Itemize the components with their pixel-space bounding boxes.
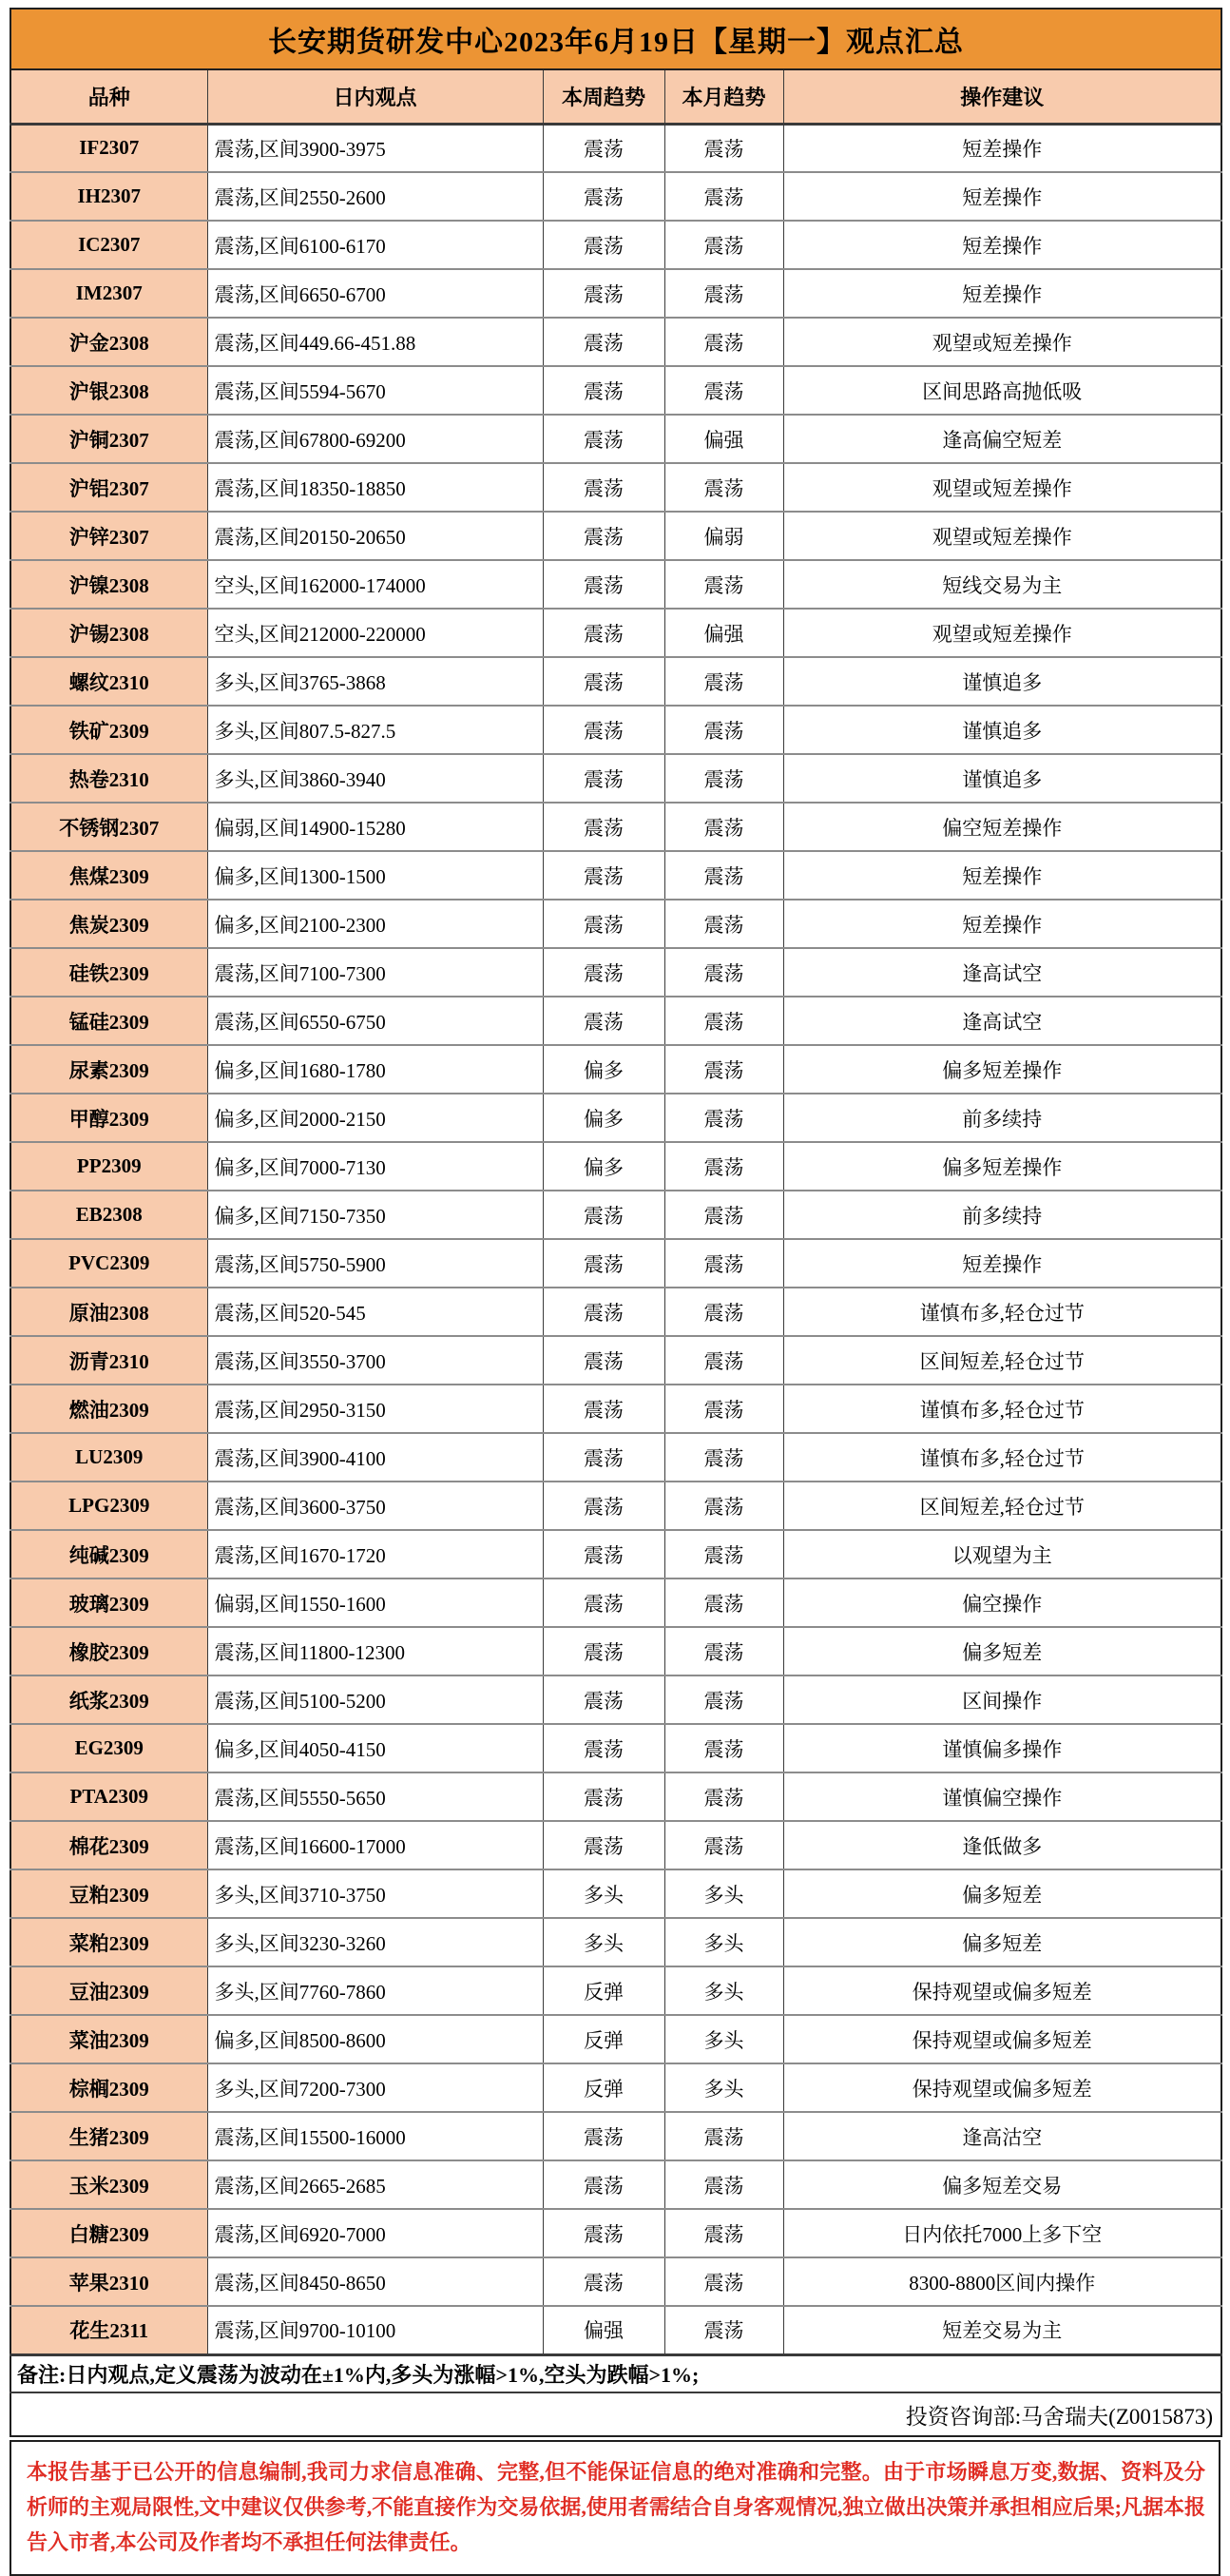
variety-cell: 菜粕2309 bbox=[10, 1918, 207, 1966]
week-trend-cell: 多头 bbox=[543, 1869, 664, 1918]
intraday-view-cell: 震荡,区间5594-5670 bbox=[207, 366, 543, 415]
table-row: 白糖2309 震荡,区间6920-7000 震荡 震荡 日内依托7000上多下空 bbox=[10, 2209, 1221, 2257]
advice-cell: 观望或短差操作 bbox=[783, 609, 1221, 657]
table-row: PTA2309 震荡,区间5550-5650 震荡 震荡 谨慎偏空操作 bbox=[10, 1772, 1221, 1821]
remark-row: 备注:日内观点,定义震荡为波动在±1%内,多头为涨幅>1%,空头为跌幅>1%; bbox=[10, 2354, 1221, 2392]
intraday-view-cell: 空头,区间212000-220000 bbox=[207, 609, 543, 657]
intraday-view-cell: 偏多,区间1680-1780 bbox=[207, 1045, 543, 1094]
advice-cell: 保持观望或偏多短差 bbox=[783, 1966, 1221, 2015]
advice-cell: 短差操作 bbox=[783, 900, 1221, 948]
advice-cell: 区间短差,轻仓过节 bbox=[783, 1482, 1221, 1530]
table-row: LPG2309 震荡,区间3600-3750 震荡 震荡 区间短差,轻仓过节 bbox=[10, 1482, 1221, 1530]
week-trend-cell: 震荡 bbox=[543, 1530, 664, 1579]
advice-cell: 偏多短差 bbox=[783, 1627, 1221, 1675]
week-trend-cell: 震荡 bbox=[543, 221, 664, 269]
advice-cell: 观望或短差操作 bbox=[783, 463, 1221, 512]
week-trend-cell: 震荡 bbox=[543, 124, 664, 172]
intraday-view-cell: 震荡,区间2950-3150 bbox=[207, 1385, 543, 1433]
advice-cell: 短差操作 bbox=[783, 221, 1221, 269]
variety-cell: 豆油2309 bbox=[10, 1966, 207, 2015]
week-trend-cell: 偏多 bbox=[543, 1045, 664, 1094]
week-trend-cell: 震荡 bbox=[543, 463, 664, 512]
week-trend-cell: 震荡 bbox=[543, 997, 664, 1045]
week-trend-cell: 震荡 bbox=[543, 269, 664, 318]
variety-cell: 焦炭2309 bbox=[10, 900, 207, 948]
variety-cell: 甲醇2309 bbox=[10, 1094, 207, 1142]
variety-cell: 沪银2308 bbox=[10, 366, 207, 415]
month-trend-cell: 震荡 bbox=[664, 1142, 783, 1191]
variety-cell: 沪铝2307 bbox=[10, 463, 207, 512]
advice-cell: 谨慎布多,轻仓过节 bbox=[783, 1385, 1221, 1433]
intraday-view-cell: 震荡,区间20150-20650 bbox=[207, 512, 543, 560]
intraday-view-cell: 多头,区间7200-7300 bbox=[207, 2063, 543, 2112]
intraday-view-cell: 震荡,区间520-545 bbox=[207, 1288, 543, 1336]
month-trend-cell: 震荡 bbox=[664, 366, 783, 415]
intraday-view-cell: 偏多,区间8500-8600 bbox=[207, 2015, 543, 2063]
intraday-view-cell: 震荡,区间7100-7300 bbox=[207, 948, 543, 997]
intraday-view-cell: 震荡,区间449.66-451.88 bbox=[207, 318, 543, 366]
advice-cell: 区间操作 bbox=[783, 1675, 1221, 1724]
variety-cell: 沪铜2307 bbox=[10, 415, 207, 463]
table-row: 尿素2309 偏多,区间1680-1780 偏多 震荡 偏多短差操作 bbox=[10, 1045, 1221, 1094]
intraday-view-cell: 偏多,区间1300-1500 bbox=[207, 851, 543, 900]
variety-cell: 生猪2309 bbox=[10, 2112, 207, 2160]
advice-cell: 观望或短差操作 bbox=[783, 512, 1221, 560]
advice-cell: 短差操作 bbox=[783, 172, 1221, 221]
table-row: 菜油2309 偏多,区间8500-8600 反弹 多头 保持观望或偏多短差 bbox=[10, 2015, 1221, 2063]
intraday-view-cell: 震荡,区间3600-3750 bbox=[207, 1482, 543, 1530]
table-row: IH2307 震荡,区间2550-2600 震荡 震荡 短差操作 bbox=[10, 172, 1221, 221]
advice-cell: 偏多短差操作 bbox=[783, 1045, 1221, 1094]
table-row: 螺纹2310 多头,区间3765-3868 震荡 震荡 谨慎追多 bbox=[10, 657, 1221, 706]
intraday-view-cell: 偏弱,区间1550-1600 bbox=[207, 1579, 543, 1627]
week-trend-cell: 震荡 bbox=[543, 657, 664, 706]
intraday-view-cell: 多头,区间807.5-827.5 bbox=[207, 706, 543, 754]
month-trend-cell: 震荡 bbox=[664, 1772, 783, 1821]
variety-cell: 硅铁2309 bbox=[10, 948, 207, 997]
variety-cell: 沪镍2308 bbox=[10, 560, 207, 609]
intraday-view-cell: 偏多,区间2000-2150 bbox=[207, 1094, 543, 1142]
advice-cell: 逢高沽空 bbox=[783, 2112, 1221, 2160]
opinion-table: 长安期货研发中心2023年6月19日【星期一】观点汇总 品种 日内观点 本周趋势… bbox=[10, 8, 1222, 2437]
table-row: 豆粕2309 多头,区间3710-3750 多头 多头 偏多短差 bbox=[10, 1869, 1221, 1918]
variety-cell: 白糖2309 bbox=[10, 2209, 207, 2257]
advice-cell: 逢低做多 bbox=[783, 1821, 1221, 1869]
credit-row: 投资咨询部:马舍瑞夫(Z0015873) bbox=[10, 2392, 1221, 2436]
intraday-view-cell: 震荡,区间11800-12300 bbox=[207, 1627, 543, 1675]
table-row: 燃油2309 震荡,区间2950-3150 震荡 震荡 谨慎布多,轻仓过节 bbox=[10, 1385, 1221, 1433]
month-trend-cell: 震荡 bbox=[664, 221, 783, 269]
month-trend-cell: 震荡 bbox=[664, 2160, 783, 2209]
month-trend-cell: 震荡 bbox=[664, 1675, 783, 1724]
table-row: 热卷2310 多头,区间3860-3940 震荡 震荡 谨慎追多 bbox=[10, 754, 1221, 803]
table-row: 铁矿2309 多头,区间807.5-827.5 震荡 震荡 谨慎追多 bbox=[10, 706, 1221, 754]
month-trend-cell: 震荡 bbox=[664, 318, 783, 366]
intraday-view-cell: 多头,区间7760-7860 bbox=[207, 1966, 543, 2015]
week-trend-cell: 多头 bbox=[543, 1918, 664, 1966]
advice-cell: 谨慎偏多操作 bbox=[783, 1724, 1221, 1772]
variety-cell: LPG2309 bbox=[10, 1482, 207, 1530]
intraday-view-cell: 空头,区间162000-174000 bbox=[207, 560, 543, 609]
week-trend-cell: 震荡 bbox=[543, 754, 664, 803]
intraday-view-cell: 偏多,区间2100-2300 bbox=[207, 900, 543, 948]
intraday-view-cell: 震荡,区间3900-3975 bbox=[207, 124, 543, 172]
intraday-view-cell: 震荡,区间16600-17000 bbox=[207, 1821, 543, 1869]
intraday-view-cell: 震荡,区间67800-69200 bbox=[207, 415, 543, 463]
advice-cell: 逢高偏空短差 bbox=[783, 415, 1221, 463]
intraday-view-cell: 震荡,区间3900-4100 bbox=[207, 1433, 543, 1482]
table-row: 不锈钢2307 偏弱,区间14900-15280 震荡 震荡 偏空短差操作 bbox=[10, 803, 1221, 851]
week-trend-cell: 震荡 bbox=[543, 318, 664, 366]
intraday-view-cell: 多头,区间3860-3940 bbox=[207, 754, 543, 803]
table-row: 橡胶2309 震荡,区间11800-12300 震荡 震荡 偏多短差 bbox=[10, 1627, 1221, 1675]
intraday-view-cell: 偏多,区间7150-7350 bbox=[207, 1191, 543, 1239]
variety-cell: 铁矿2309 bbox=[10, 706, 207, 754]
week-trend-cell: 震荡 bbox=[543, 948, 664, 997]
intraday-view-cell: 震荡,区间15500-16000 bbox=[207, 2112, 543, 2160]
week-trend-cell: 震荡 bbox=[543, 1288, 664, 1336]
month-trend-cell: 震荡 bbox=[664, 657, 783, 706]
intraday-view-cell: 偏多,区间7000-7130 bbox=[207, 1142, 543, 1191]
week-trend-cell: 震荡 bbox=[543, 1579, 664, 1627]
month-trend-cell: 多头 bbox=[664, 1918, 783, 1966]
month-trend-cell: 震荡 bbox=[664, 948, 783, 997]
week-trend-cell: 震荡 bbox=[543, 366, 664, 415]
variety-cell: 纸浆2309 bbox=[10, 1675, 207, 1724]
week-trend-cell: 反弹 bbox=[543, 1966, 664, 2015]
month-trend-cell: 震荡 bbox=[664, 2209, 783, 2257]
intraday-view-cell: 震荡,区间18350-18850 bbox=[207, 463, 543, 512]
advice-cell: 谨慎布多,轻仓过节 bbox=[783, 1288, 1221, 1336]
advice-cell: 以观望为主 bbox=[783, 1530, 1221, 1579]
week-trend-cell: 震荡 bbox=[543, 2160, 664, 2209]
advice-cell: 谨慎追多 bbox=[783, 706, 1221, 754]
month-trend-cell: 震荡 bbox=[664, 900, 783, 948]
intraday-view-cell: 偏多,区间4050-4150 bbox=[207, 1724, 543, 1772]
variety-cell: 棉花2309 bbox=[10, 1821, 207, 1869]
month-trend-cell: 震荡 bbox=[664, 2306, 783, 2354]
month-trend-cell: 震荡 bbox=[664, 1433, 783, 1482]
week-trend-cell: 震荡 bbox=[543, 172, 664, 221]
table-row: 原油2308 震荡,区间520-545 震荡 震荡 谨慎布多,轻仓过节 bbox=[10, 1288, 1221, 1336]
advice-cell: 短差操作 bbox=[783, 851, 1221, 900]
variety-cell: 锰硅2309 bbox=[10, 997, 207, 1045]
table-row: 棉花2309 震荡,区间16600-17000 震荡 震荡 逢低做多 bbox=[10, 1821, 1221, 1869]
week-trend-cell: 偏多 bbox=[543, 1094, 664, 1142]
variety-cell: 沪锌2307 bbox=[10, 512, 207, 560]
variety-cell: IC2307 bbox=[10, 221, 207, 269]
variety-cell: 玻璃2309 bbox=[10, 1579, 207, 1627]
advice-cell: 短线交易为主 bbox=[783, 560, 1221, 609]
month-trend-cell: 震荡 bbox=[664, 1336, 783, 1385]
intraday-view-cell: 多头,区间3765-3868 bbox=[207, 657, 543, 706]
month-trend-cell: 震荡 bbox=[664, 1821, 783, 1869]
variety-cell: 苹果2310 bbox=[10, 2257, 207, 2306]
week-trend-cell: 震荡 bbox=[543, 1821, 664, 1869]
variety-cell: PVC2309 bbox=[10, 1239, 207, 1288]
intraday-view-cell: 震荡,区间5750-5900 bbox=[207, 1239, 543, 1288]
table-row: 菜粕2309 多头,区间3230-3260 多头 多头 偏多短差 bbox=[10, 1918, 1221, 1966]
month-trend-cell: 多头 bbox=[664, 2063, 783, 2112]
week-trend-cell: 震荡 bbox=[543, 706, 664, 754]
advice-cell: 偏空操作 bbox=[783, 1579, 1221, 1627]
intraday-view-cell: 多头,区间3710-3750 bbox=[207, 1869, 543, 1918]
advice-cell: 偏多短差 bbox=[783, 1869, 1221, 1918]
variety-cell: 尿素2309 bbox=[10, 1045, 207, 1094]
month-trend-cell: 震荡 bbox=[664, 124, 783, 172]
month-trend-cell: 震荡 bbox=[664, 1385, 783, 1433]
advice-cell: 短差操作 bbox=[783, 1239, 1221, 1288]
variety-cell: 原油2308 bbox=[10, 1288, 207, 1336]
week-trend-cell: 震荡 bbox=[543, 1627, 664, 1675]
table-row: 沪镍2308 空头,区间162000-174000 震荡 震荡 短线交易为主 bbox=[10, 560, 1221, 609]
intraday-view-cell: 震荡,区间5550-5650 bbox=[207, 1772, 543, 1821]
variety-cell: 螺纹2310 bbox=[10, 657, 207, 706]
week-trend-cell: 震荡 bbox=[543, 1724, 664, 1772]
advice-cell: 短差操作 bbox=[783, 124, 1221, 172]
month-trend-cell: 震荡 bbox=[664, 1239, 783, 1288]
week-trend-cell: 震荡 bbox=[543, 900, 664, 948]
table-row: EB2308 偏多,区间7150-7350 震荡 震荡 前多续持 bbox=[10, 1191, 1221, 1239]
advice-cell: 逢高试空 bbox=[783, 997, 1221, 1045]
variety-cell: 不锈钢2307 bbox=[10, 803, 207, 851]
intraday-view-cell: 震荡,区间9700-10100 bbox=[207, 2306, 543, 2354]
variety-cell: IM2307 bbox=[10, 269, 207, 318]
table-row: PP2309 偏多,区间7000-7130 偏多 震荡 偏多短差操作 bbox=[10, 1142, 1221, 1191]
month-trend-cell: 震荡 bbox=[664, 1724, 783, 1772]
variety-cell: 菜油2309 bbox=[10, 2015, 207, 2063]
table-row: 沪铝2307 震荡,区间18350-18850 震荡 震荡 观望或短差操作 bbox=[10, 463, 1221, 512]
intraday-view-cell: 多头,区间3230-3260 bbox=[207, 1918, 543, 1966]
week-trend-cell: 震荡 bbox=[543, 1772, 664, 1821]
variety-cell: 花生2311 bbox=[10, 2306, 207, 2354]
advice-cell: 偏多短差操作 bbox=[783, 1142, 1221, 1191]
table-row: 沪锡2308 空头,区间212000-220000 震荡 偏强 观望或短差操作 bbox=[10, 609, 1221, 657]
column-header-month-trend: 本月趋势 bbox=[664, 69, 783, 124]
month-trend-cell: 震荡 bbox=[664, 851, 783, 900]
month-trend-cell: 多头 bbox=[664, 1869, 783, 1918]
month-trend-cell: 多头 bbox=[664, 1966, 783, 2015]
week-trend-cell: 震荡 bbox=[543, 415, 664, 463]
advice-cell: 保持观望或偏多短差 bbox=[783, 2063, 1221, 2112]
variety-cell: 纯碱2309 bbox=[10, 1530, 207, 1579]
opinion-table-body: IF2307 震荡,区间3900-3975 震荡 震荡 短差操作 IH2307 … bbox=[10, 124, 1221, 2354]
month-trend-cell: 震荡 bbox=[664, 1045, 783, 1094]
intraday-view-cell: 震荡,区间6100-6170 bbox=[207, 221, 543, 269]
table-row: EG2309 偏多,区间4050-4150 震荡 震荡 谨慎偏多操作 bbox=[10, 1724, 1221, 1772]
advice-cell: 日内依托7000上多下空 bbox=[783, 2209, 1221, 2257]
table-row: 苹果2310 震荡,区间8450-8650 震荡 震荡 8300-8800区间内… bbox=[10, 2257, 1221, 2306]
advice-cell: 8300-8800区间内操作 bbox=[783, 2257, 1221, 2306]
month-trend-cell: 震荡 bbox=[664, 2257, 783, 2306]
title-bar: 长安期货研发中心2023年6月19日【星期一】观点汇总 bbox=[10, 9, 1221, 69]
month-trend-cell: 震荡 bbox=[664, 560, 783, 609]
week-trend-cell: 震荡 bbox=[543, 560, 664, 609]
intraday-view-cell: 震荡,区间6920-7000 bbox=[207, 2209, 543, 2257]
week-trend-cell: 反弹 bbox=[543, 2015, 664, 2063]
week-trend-cell: 震荡 bbox=[543, 1191, 664, 1239]
advice-cell: 谨慎追多 bbox=[783, 754, 1221, 803]
advice-cell: 短差操作 bbox=[783, 269, 1221, 318]
variety-cell: 橡胶2309 bbox=[10, 1627, 207, 1675]
month-trend-cell: 震荡 bbox=[664, 172, 783, 221]
advice-cell: 区间思路高抛低吸 bbox=[783, 366, 1221, 415]
variety-cell: 沥青2310 bbox=[10, 1336, 207, 1385]
variety-cell: 燃油2309 bbox=[10, 1385, 207, 1433]
table-row: 沪金2308 震荡,区间449.66-451.88 震荡 震荡 观望或短差操作 bbox=[10, 318, 1221, 366]
advice-cell: 偏多短差 bbox=[783, 1918, 1221, 1966]
table-row: IF2307 震荡,区间3900-3975 震荡 震荡 短差操作 bbox=[10, 124, 1221, 172]
advice-cell: 谨慎追多 bbox=[783, 657, 1221, 706]
intraday-view-cell: 震荡,区间5100-5200 bbox=[207, 1675, 543, 1724]
intraday-view-cell: 偏弱,区间14900-15280 bbox=[207, 803, 543, 851]
variety-cell: 沪金2308 bbox=[10, 318, 207, 366]
variety-cell: PP2309 bbox=[10, 1142, 207, 1191]
advice-cell: 前多续持 bbox=[783, 1094, 1221, 1142]
month-trend-cell: 震荡 bbox=[664, 2112, 783, 2160]
week-trend-cell: 震荡 bbox=[543, 2209, 664, 2257]
disclaimer-box: 本报告基于已公开的信息编制,我司力求信息准确、完整,但不能保证信息的绝对准确和完… bbox=[10, 2440, 1220, 2576]
table-row: 纯碱2309 震荡,区间1670-1720 震荡 震荡 以观望为主 bbox=[10, 1530, 1221, 1579]
table-row: 玉米2309 震荡,区间2665-2685 震荡 震荡 偏多短差交易 bbox=[10, 2160, 1221, 2209]
intraday-view-cell: 震荡,区间2550-2600 bbox=[207, 172, 543, 221]
table-row: IC2307 震荡,区间6100-6170 震荡 震荡 短差操作 bbox=[10, 221, 1221, 269]
advice-cell: 偏多短差交易 bbox=[783, 2160, 1221, 2209]
table-row: LU2309 震荡,区间3900-4100 震荡 震荡 谨慎布多,轻仓过节 bbox=[10, 1433, 1221, 1482]
table-row: 玻璃2309 偏弱,区间1550-1600 震荡 震荡 偏空操作 bbox=[10, 1579, 1221, 1627]
intraday-view-cell: 震荡,区间6650-6700 bbox=[207, 269, 543, 318]
month-trend-cell: 震荡 bbox=[664, 997, 783, 1045]
month-trend-cell: 震荡 bbox=[664, 463, 783, 512]
week-trend-cell: 震荡 bbox=[543, 803, 664, 851]
variety-cell: IH2307 bbox=[10, 172, 207, 221]
variety-cell: 焦煤2309 bbox=[10, 851, 207, 900]
column-header-variety: 品种 bbox=[10, 69, 207, 124]
remark-note: 备注:日内观点,定义震荡为波动在±1%内,多头为涨幅>1%,空头为跌幅>1%; bbox=[10, 2354, 1221, 2392]
advice-cell: 逢高试空 bbox=[783, 948, 1221, 997]
week-trend-cell: 震荡 bbox=[543, 1385, 664, 1433]
week-trend-cell: 震荡 bbox=[543, 1675, 664, 1724]
week-trend-cell: 反弹 bbox=[543, 2063, 664, 2112]
report-title: 长安期货研发中心2023年6月19日【星期一】观点汇总 bbox=[10, 9, 1221, 69]
variety-cell: 玉米2309 bbox=[10, 2160, 207, 2209]
month-trend-cell: 偏强 bbox=[664, 415, 783, 463]
month-trend-cell: 多头 bbox=[664, 2015, 783, 2063]
variety-cell: 沪锡2308 bbox=[10, 609, 207, 657]
week-trend-cell: 偏强 bbox=[543, 2306, 664, 2354]
variety-cell: EG2309 bbox=[10, 1724, 207, 1772]
column-header-row: 品种 日内观点 本周趋势 本月趋势 操作建议 bbox=[10, 69, 1221, 124]
month-trend-cell: 震荡 bbox=[664, 803, 783, 851]
table-row: 生猪2309 震荡,区间15500-16000 震荡 震荡 逢高沽空 bbox=[10, 2112, 1221, 2160]
advice-cell: 观望或短差操作 bbox=[783, 318, 1221, 366]
table-row: 纸浆2309 震荡,区间5100-5200 震荡 震荡 区间操作 bbox=[10, 1675, 1221, 1724]
intraday-view-cell: 震荡,区间1670-1720 bbox=[207, 1530, 543, 1579]
month-trend-cell: 震荡 bbox=[664, 706, 783, 754]
table-row: PVC2309 震荡,区间5750-5900 震荡 震荡 短差操作 bbox=[10, 1239, 1221, 1288]
advice-cell: 前多续持 bbox=[783, 1191, 1221, 1239]
advice-cell: 区间短差,轻仓过节 bbox=[783, 1336, 1221, 1385]
week-trend-cell: 震荡 bbox=[543, 1336, 664, 1385]
variety-cell: LU2309 bbox=[10, 1433, 207, 1482]
table-row: 豆油2309 多头,区间7760-7860 反弹 多头 保持观望或偏多短差 bbox=[10, 1966, 1221, 2015]
advice-cell: 短差交易为主 bbox=[783, 2306, 1221, 2354]
intraday-view-cell: 震荡,区间2665-2685 bbox=[207, 2160, 543, 2209]
column-header-intraday-view: 日内观点 bbox=[207, 69, 543, 124]
table-row: 沪铜2307 震荡,区间67800-69200 震荡 偏强 逢高偏空短差 bbox=[10, 415, 1221, 463]
week-trend-cell: 震荡 bbox=[543, 2112, 664, 2160]
table-row: 花生2311 震荡,区间9700-10100 偏强 震荡 短差交易为主 bbox=[10, 2306, 1221, 2354]
table-row: 甲醇2309 偏多,区间2000-2150 偏多 震荡 前多续持 bbox=[10, 1094, 1221, 1142]
month-trend-cell: 震荡 bbox=[664, 1094, 783, 1142]
month-trend-cell: 震荡 bbox=[664, 754, 783, 803]
table-row: 棕榈2309 多头,区间7200-7300 反弹 多头 保持观望或偏多短差 bbox=[10, 2063, 1221, 2112]
column-header-week-trend: 本周趋势 bbox=[543, 69, 664, 124]
month-trend-cell: 震荡 bbox=[664, 269, 783, 318]
variety-cell: IF2307 bbox=[10, 124, 207, 172]
variety-cell: PTA2309 bbox=[10, 1772, 207, 1821]
table-row: 沪银2308 震荡,区间5594-5670 震荡 震荡 区间思路高抛低吸 bbox=[10, 366, 1221, 415]
month-trend-cell: 震荡 bbox=[664, 1579, 783, 1627]
column-header-advice: 操作建议 bbox=[783, 69, 1221, 124]
month-trend-cell: 偏弱 bbox=[664, 512, 783, 560]
table-row: 沪锌2307 震荡,区间20150-20650 震荡 偏弱 观望或短差操作 bbox=[10, 512, 1221, 560]
table-row: 焦煤2309 偏多,区间1300-1500 震荡 震荡 短差操作 bbox=[10, 851, 1221, 900]
week-trend-cell: 震荡 bbox=[543, 512, 664, 560]
advice-cell: 偏空短差操作 bbox=[783, 803, 1221, 851]
week-trend-cell: 震荡 bbox=[543, 2257, 664, 2306]
table-row: 沥青2310 震荡,区间3550-3700 震荡 震荡 区间短差,轻仓过节 bbox=[10, 1336, 1221, 1385]
variety-cell: 热卷2310 bbox=[10, 754, 207, 803]
table-row: IM2307 震荡,区间6650-6700 震荡 震荡 短差操作 bbox=[10, 269, 1221, 318]
intraday-view-cell: 震荡,区间6550-6750 bbox=[207, 997, 543, 1045]
month-trend-cell: 震荡 bbox=[664, 1530, 783, 1579]
week-trend-cell: 偏多 bbox=[543, 1142, 664, 1191]
table-row: 硅铁2309 震荡,区间7100-7300 震荡 震荡 逢高试空 bbox=[10, 948, 1221, 997]
variety-cell: EB2308 bbox=[10, 1191, 207, 1239]
week-trend-cell: 震荡 bbox=[543, 1433, 664, 1482]
advice-cell: 谨慎偏空操作 bbox=[783, 1772, 1221, 1821]
variety-cell: 棕榈2309 bbox=[10, 2063, 207, 2112]
intraday-view-cell: 震荡,区间8450-8650 bbox=[207, 2257, 543, 2306]
advisor-credit: 投资咨询部:马舍瑞夫(Z0015873) bbox=[10, 2392, 1221, 2436]
week-trend-cell: 震荡 bbox=[543, 851, 664, 900]
variety-cell: 豆粕2309 bbox=[10, 1869, 207, 1918]
table-row: 焦炭2309 偏多,区间2100-2300 震荡 震荡 短差操作 bbox=[10, 900, 1221, 948]
report-sheet: 长安期货研发中心2023年6月19日【星期一】观点汇总 品种 日内观点 本周趋势… bbox=[0, 0, 1230, 2576]
advice-cell: 谨慎布多,轻仓过节 bbox=[783, 1433, 1221, 1482]
week-trend-cell: 震荡 bbox=[543, 1482, 664, 1530]
month-trend-cell: 震荡 bbox=[664, 1627, 783, 1675]
week-trend-cell: 震荡 bbox=[543, 609, 664, 657]
week-trend-cell: 震荡 bbox=[543, 1239, 664, 1288]
intraday-view-cell: 震荡,区间3550-3700 bbox=[207, 1336, 543, 1385]
disclaimer-text: 本报告基于已公开的信息编制,我司力求信息准确、完整,但不能保证信息的绝对准确和完… bbox=[27, 2460, 1205, 2554]
month-trend-cell: 震荡 bbox=[664, 1482, 783, 1530]
advice-cell: 保持观望或偏多短差 bbox=[783, 2015, 1221, 2063]
month-trend-cell: 震荡 bbox=[664, 1288, 783, 1336]
month-trend-cell: 偏强 bbox=[664, 609, 783, 657]
table-row: 锰硅2309 震荡,区间6550-6750 震荡 震荡 逢高试空 bbox=[10, 997, 1221, 1045]
month-trend-cell: 震荡 bbox=[664, 1191, 783, 1239]
